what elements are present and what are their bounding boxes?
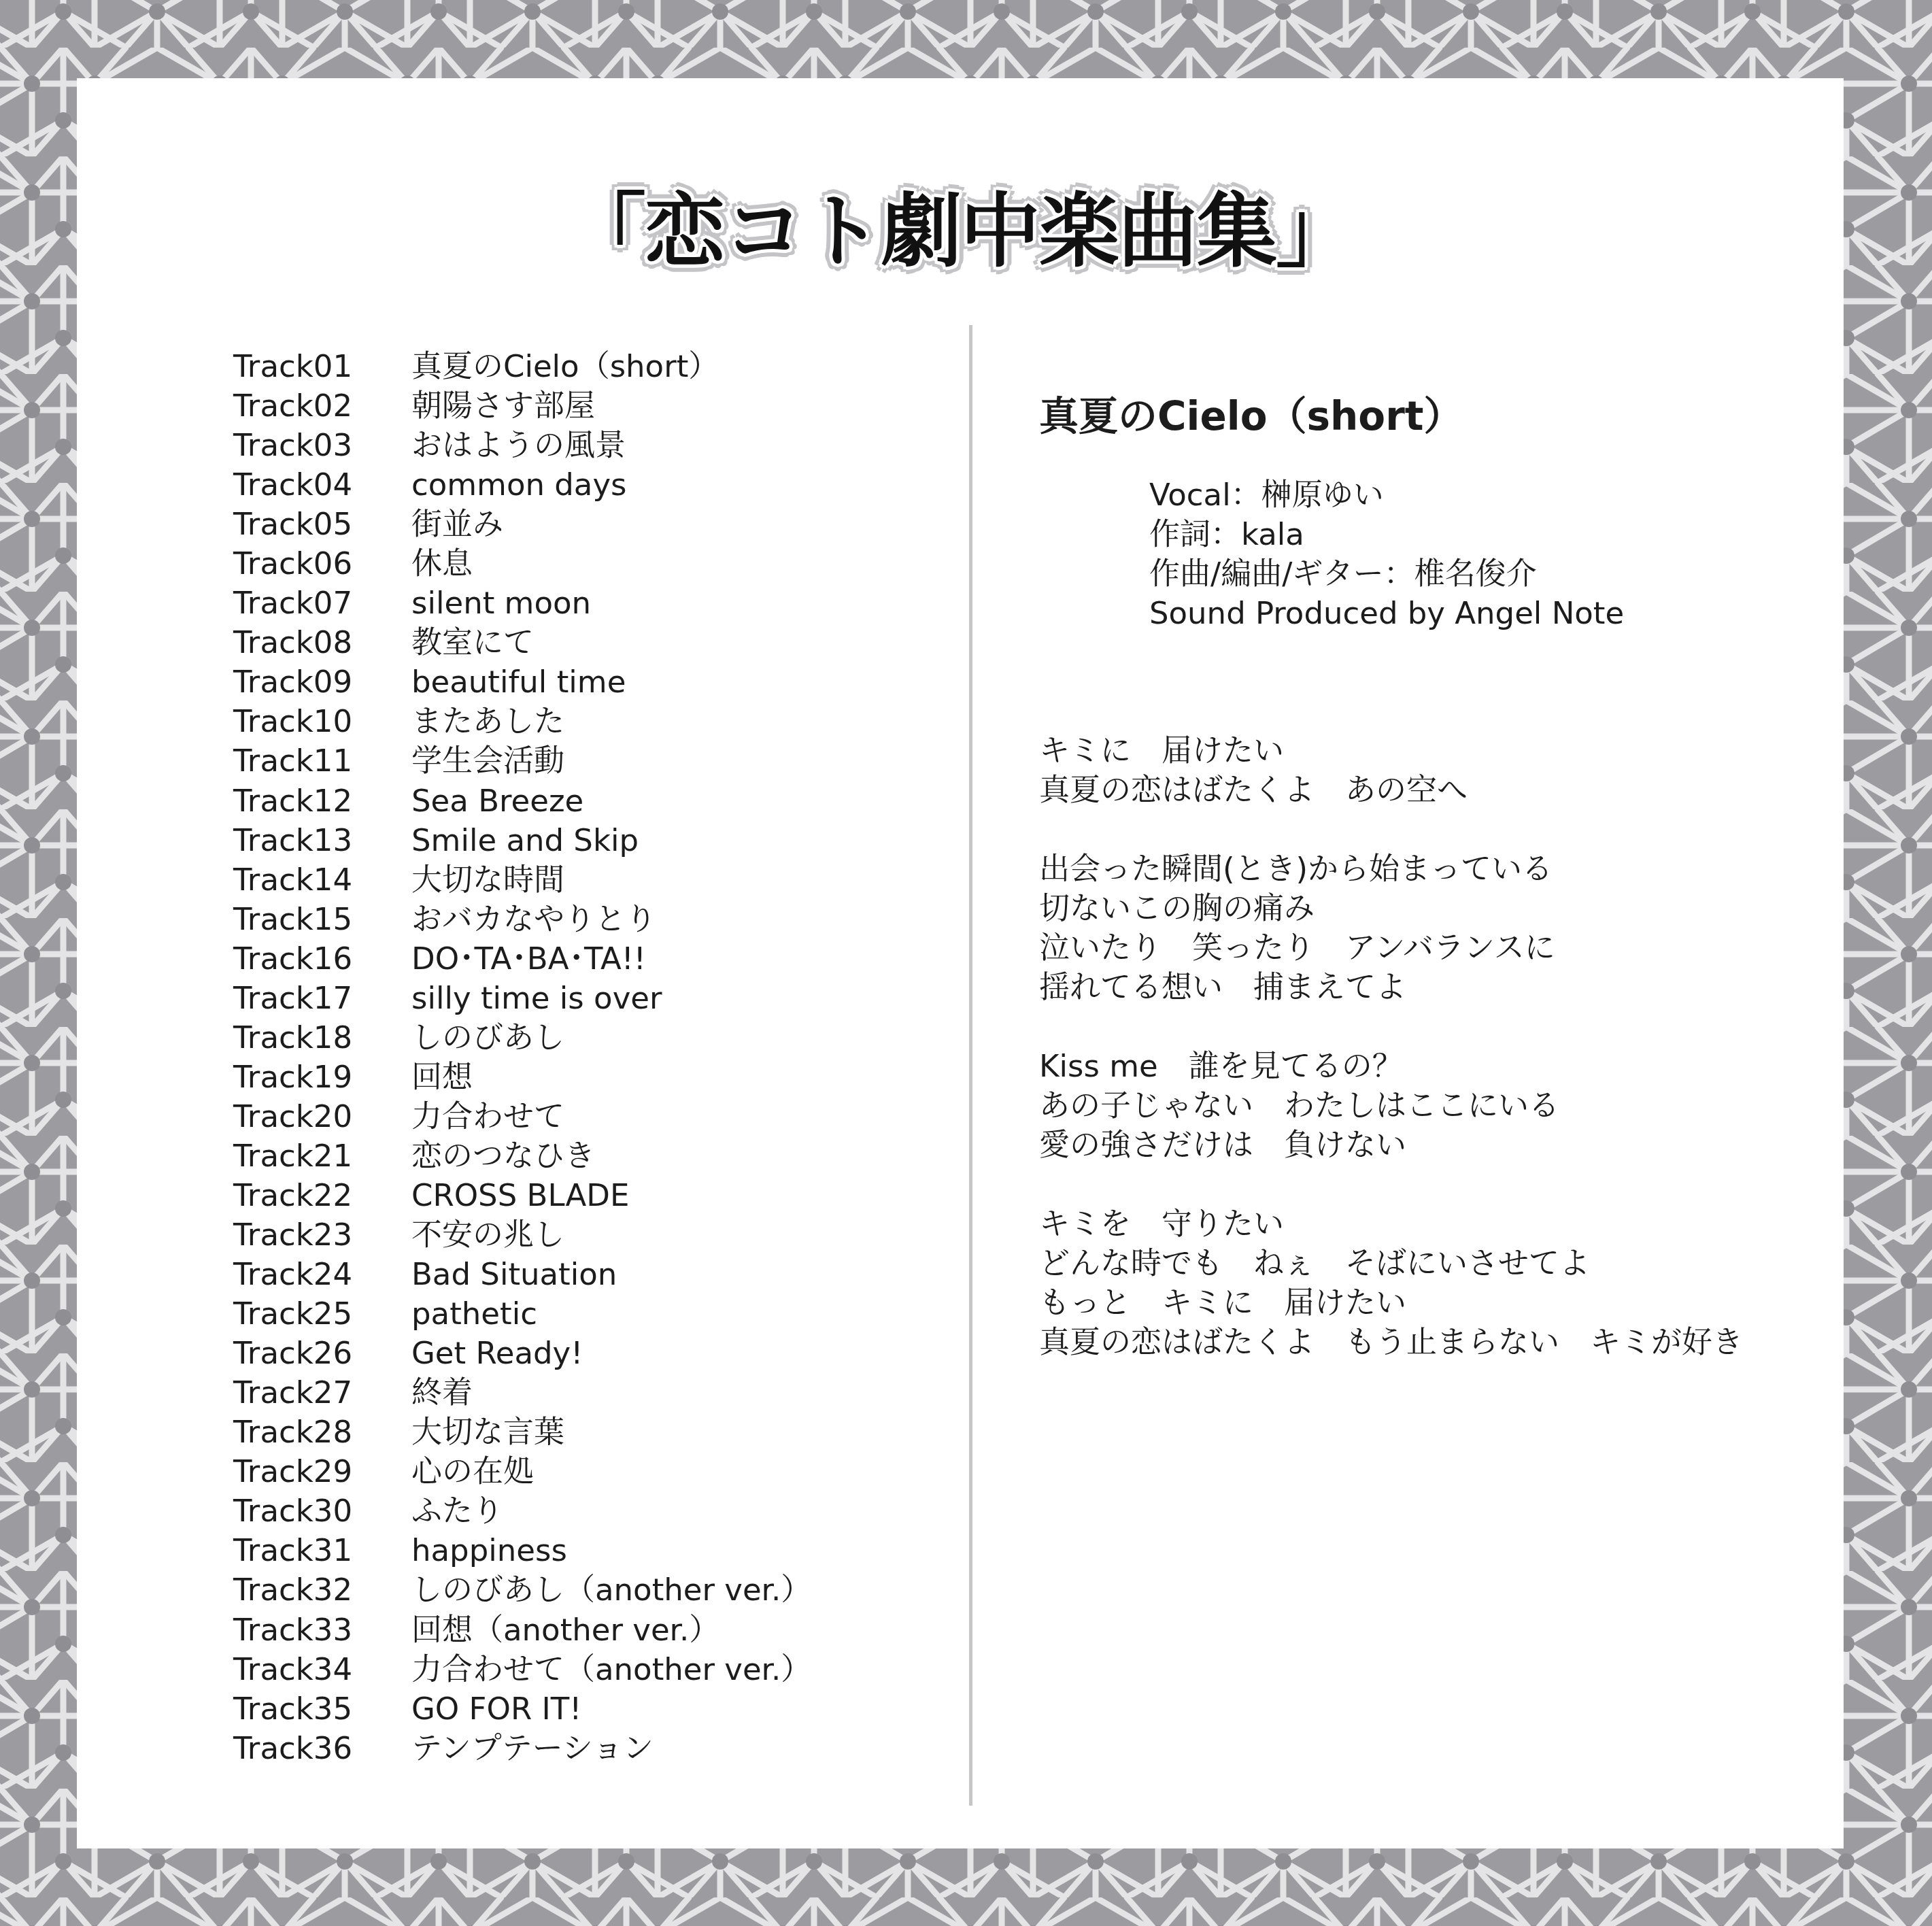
track-number: Track33 xyxy=(233,1610,411,1650)
track-title: しのびあし（another ver.） xyxy=(411,1570,811,1610)
credit-composition: 作曲/編曲/ギター：椎名俊介 xyxy=(1149,554,1624,594)
track-number: Track07 xyxy=(233,584,411,623)
track-number: Track25 xyxy=(233,1294,411,1334)
track-title: Get Ready! xyxy=(411,1334,583,1373)
track-row: Track11学生会活動 xyxy=(233,741,947,781)
lyrics-stanza: キミに 届けたい 真夏の恋はばたくよ あの空へ xyxy=(1039,731,1743,810)
lyric-line: あの子じゃない わたしはここにいる xyxy=(1039,1086,1743,1126)
track-row: Track28大切な言葉 xyxy=(233,1413,947,1452)
track-title: CROSS BLADE xyxy=(411,1176,629,1215)
track-number: Track19 xyxy=(233,1058,411,1097)
column-divider xyxy=(969,325,972,1806)
header: 「恋コト劇中楽曲集」 xyxy=(77,154,1844,294)
track-row: Track24Bad Situation xyxy=(233,1255,947,1294)
lyric-line: 真夏の恋はばたくよ あの空へ xyxy=(1039,771,1743,810)
track-number: Track31 xyxy=(233,1531,411,1570)
track-row: Track33回想（another ver.） xyxy=(233,1610,947,1650)
track-number: Track08 xyxy=(233,623,411,662)
track-title: 教室にて xyxy=(411,623,534,662)
track-number: Track13 xyxy=(233,821,411,860)
lyric-line: もっと キミに 届けたい xyxy=(1039,1283,1743,1323)
track-list: Track01真夏のCielo（short） Track02朝陽さす部屋 Tra… xyxy=(233,347,947,1768)
track-title: 力合わせて xyxy=(411,1097,564,1136)
track-number: Track15 xyxy=(233,900,411,939)
track-row: Track34力合わせて（another ver.） xyxy=(233,1650,947,1689)
track-number: Track16 xyxy=(233,939,411,979)
lyric-line: 泣いたり 笑ったり アンバランスに xyxy=(1039,928,1743,968)
track-number: Track17 xyxy=(233,979,411,1018)
track-number: Track18 xyxy=(233,1018,411,1058)
track-title: common days xyxy=(411,465,627,505)
track-row: Track13Smile and Skip xyxy=(233,821,947,860)
song-title: 真夏のCielo（short） xyxy=(1039,384,1463,441)
track-row: Track04common days xyxy=(233,465,947,505)
track-row: Track09beautiful time xyxy=(233,662,947,702)
track-row: Track21恋のつなひき xyxy=(233,1136,947,1176)
track-title: 終着 xyxy=(411,1373,473,1413)
track-title: 力合わせて（another ver.） xyxy=(411,1650,811,1689)
track-number: Track32 xyxy=(233,1570,411,1610)
track-number: Track05 xyxy=(233,505,411,544)
track-number: Track04 xyxy=(233,465,411,505)
track-row: Track29心の在処 xyxy=(233,1452,947,1491)
track-title: 恋のつなひき xyxy=(411,1136,595,1176)
track-row: Track35GO FOR IT! xyxy=(233,1689,947,1729)
track-title: happiness xyxy=(411,1531,567,1570)
track-title: Bad Situation xyxy=(411,1255,617,1294)
track-row: Track25pathetic xyxy=(233,1294,947,1334)
track-number: Track21 xyxy=(233,1136,411,1176)
track-title: 真夏のCielo（short） xyxy=(411,347,719,386)
track-row: Track31happiness xyxy=(233,1531,947,1570)
track-number: Track10 xyxy=(233,702,411,741)
track-row: Track30ふたり xyxy=(233,1491,947,1531)
track-title: 大切な言葉 xyxy=(411,1413,564,1452)
lyrics-stanza: 出会った瞬間(とき)から始まっている 切ないこの胸の痛み 泣いたり 笑ったり ア… xyxy=(1039,849,1743,1007)
track-title: テンプテーション xyxy=(411,1729,654,1768)
track-title: おバカなやりとり xyxy=(411,900,656,939)
track-title: Sea Breeze xyxy=(411,781,583,821)
track-row: Track14大切な時間 xyxy=(233,860,947,900)
track-row: Track05街並み xyxy=(233,505,947,544)
track-number: Track28 xyxy=(233,1413,411,1452)
lyric-line: キミを 守りたい xyxy=(1039,1204,1743,1244)
track-title: しのびあし xyxy=(411,1018,564,1058)
track-title: GO FOR IT! xyxy=(411,1689,581,1729)
track-row: Track22CROSS BLADE xyxy=(233,1176,947,1215)
track-number: Track35 xyxy=(233,1689,411,1729)
track-title: 休息 xyxy=(411,544,473,584)
track-title: 回想 xyxy=(411,1058,473,1097)
track-row: Track27終着 xyxy=(233,1373,947,1413)
track-number: Track30 xyxy=(233,1491,411,1531)
track-row: Track01真夏のCielo（short） xyxy=(233,347,947,386)
credit-producer: Sound Produced by Angel Note xyxy=(1149,594,1624,633)
track-row: Track03おはようの風景 xyxy=(233,426,947,465)
track-number: Track34 xyxy=(233,1650,411,1689)
track-title: 不安の兆し xyxy=(411,1215,564,1255)
track-title: またあした xyxy=(411,702,564,741)
lyric-line: 切ないこの胸の痛み xyxy=(1039,889,1743,928)
track-title: silent moon xyxy=(411,584,591,623)
track-row: Track19回想 xyxy=(233,1058,947,1097)
track-number: Track22 xyxy=(233,1176,411,1215)
lyric-line: どんな時でも ねぇ そばにいさせてよ xyxy=(1039,1244,1743,1283)
track-number: Track24 xyxy=(233,1255,411,1294)
track-title: 心の在処 xyxy=(411,1452,534,1491)
track-row: Track20力合わせて xyxy=(233,1097,947,1136)
track-number: Track02 xyxy=(233,386,411,426)
track-number: Track03 xyxy=(233,426,411,465)
track-number: Track01 xyxy=(233,347,411,386)
track-row: Track23不安の兆し xyxy=(233,1215,947,1255)
track-row: Track26Get Ready! xyxy=(233,1334,947,1373)
track-row: Track12Sea Breeze xyxy=(233,781,947,821)
lyric-line: Kiss me 誰を見てるの？ xyxy=(1039,1047,1743,1086)
track-number: Track36 xyxy=(233,1729,411,1768)
lyric-line: 愛の強さだけは 負けない xyxy=(1039,1126,1743,1165)
track-number: Track20 xyxy=(233,1097,411,1136)
credit-lyrics: 作詞：kala xyxy=(1149,515,1624,554)
lyric-line: 出会った瞬間(とき)から始まっている xyxy=(1039,849,1743,889)
lyric-line: キミに 届けたい xyxy=(1039,731,1743,771)
booklet-page: 「恋コト劇中楽曲集」 Track01真夏のCielo（short） Track0… xyxy=(77,78,1844,1848)
track-row: Track07silent moon xyxy=(233,584,947,623)
song-credits: Vocal：榊原ゆい 作詞：kala 作曲/編曲/ギター：椎名俊介 Sound … xyxy=(1149,475,1624,633)
track-number: Track26 xyxy=(233,1334,411,1373)
lyric-line: 揺れてる想い 捕まえてよ xyxy=(1039,968,1743,1007)
track-row: Track15おバカなやりとり xyxy=(233,900,947,939)
track-title: beautiful time xyxy=(411,662,626,702)
track-number: Track11 xyxy=(233,741,411,781)
page-title: 「恋コト劇中楽曲集」 xyxy=(545,154,1375,294)
track-number: Track14 xyxy=(233,860,411,900)
lyrics-stanza: Kiss me 誰を見てるの？ あの子じゃない わたしはここにいる 愛の強さだけ… xyxy=(1039,1047,1743,1165)
track-title: 朝陽さす部屋 xyxy=(411,386,595,426)
track-title: 学生会活動 xyxy=(411,741,564,781)
track-title: pathetic xyxy=(411,1294,537,1334)
track-title: Smile and Skip xyxy=(411,821,639,860)
lyric-line: 真夏の恋はばたくよ もう止まらない キミが好き xyxy=(1039,1323,1743,1362)
credit-vocal: Vocal：榊原ゆい xyxy=(1149,475,1624,515)
track-row: Track36テンプテーション xyxy=(233,1729,947,1768)
track-row: Track17silly time is over xyxy=(233,979,947,1018)
track-number: Track27 xyxy=(233,1373,411,1413)
track-title: おはようの風景 xyxy=(411,426,626,465)
track-title: 回想（another ver.） xyxy=(411,1610,719,1650)
track-number: Track12 xyxy=(233,781,411,821)
track-row: Track02朝陽さす部屋 xyxy=(233,386,947,426)
track-row: Track32しのびあし（another ver.） xyxy=(233,1570,947,1610)
track-number: Track29 xyxy=(233,1452,411,1491)
lyrics: キミに 届けたい 真夏の恋はばたくよ あの空へ 出会った瞬間(とき)から始まって… xyxy=(1039,731,1743,1402)
track-row: Track16DO･TA･BA･TA!! xyxy=(233,939,947,979)
track-title: DO･TA･BA･TA!! xyxy=(411,939,646,979)
track-title: 街並み xyxy=(411,505,503,544)
track-title: silly time is over xyxy=(411,979,662,1018)
track-number: Track06 xyxy=(233,544,411,584)
track-number: Track23 xyxy=(233,1215,411,1255)
track-title: ふたり xyxy=(411,1491,503,1531)
track-row: Track18しのびあし xyxy=(233,1018,947,1058)
track-number: Track09 xyxy=(233,662,411,702)
lyrics-stanza: キミを 守りたい どんな時でも ねぇ そばにいさせてよ もっと キミに 届けたい… xyxy=(1039,1204,1743,1362)
track-row: Track10またあした xyxy=(233,702,947,741)
track-row: Track06休息 xyxy=(233,544,947,584)
track-title: 大切な時間 xyxy=(411,860,564,900)
track-row: Track08教室にて xyxy=(233,623,947,662)
